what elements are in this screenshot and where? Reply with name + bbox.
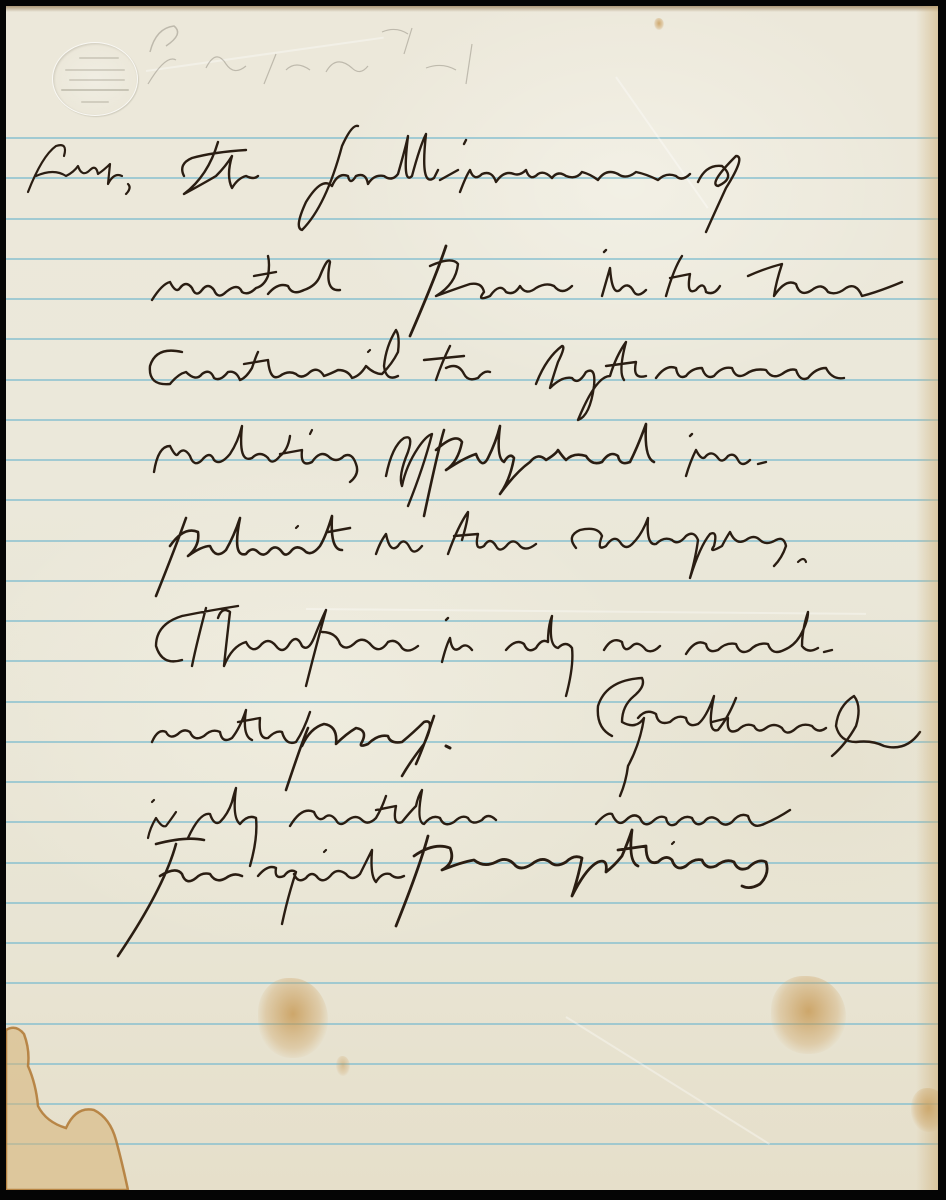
ink-line-7 (152, 678, 920, 796)
ink-line-6 (156, 606, 832, 696)
ink-line-8 (148, 788, 790, 866)
ink-line-3 (150, 330, 844, 420)
foxing-stain (911, 1088, 938, 1132)
ink-line-5 (156, 512, 806, 596)
ink-line-4 (154, 424, 766, 516)
handwriting-ink (6, 6, 938, 1190)
ink-line-1 (28, 126, 739, 232)
document-frame: Genius, Genius, The smallest increments … (0, 0, 946, 1200)
ink-line-9 (118, 830, 767, 956)
ruled-paper-sheet: Genius, Genius, The smallest increments … (6, 6, 938, 1190)
ink-line-2 (152, 246, 902, 336)
